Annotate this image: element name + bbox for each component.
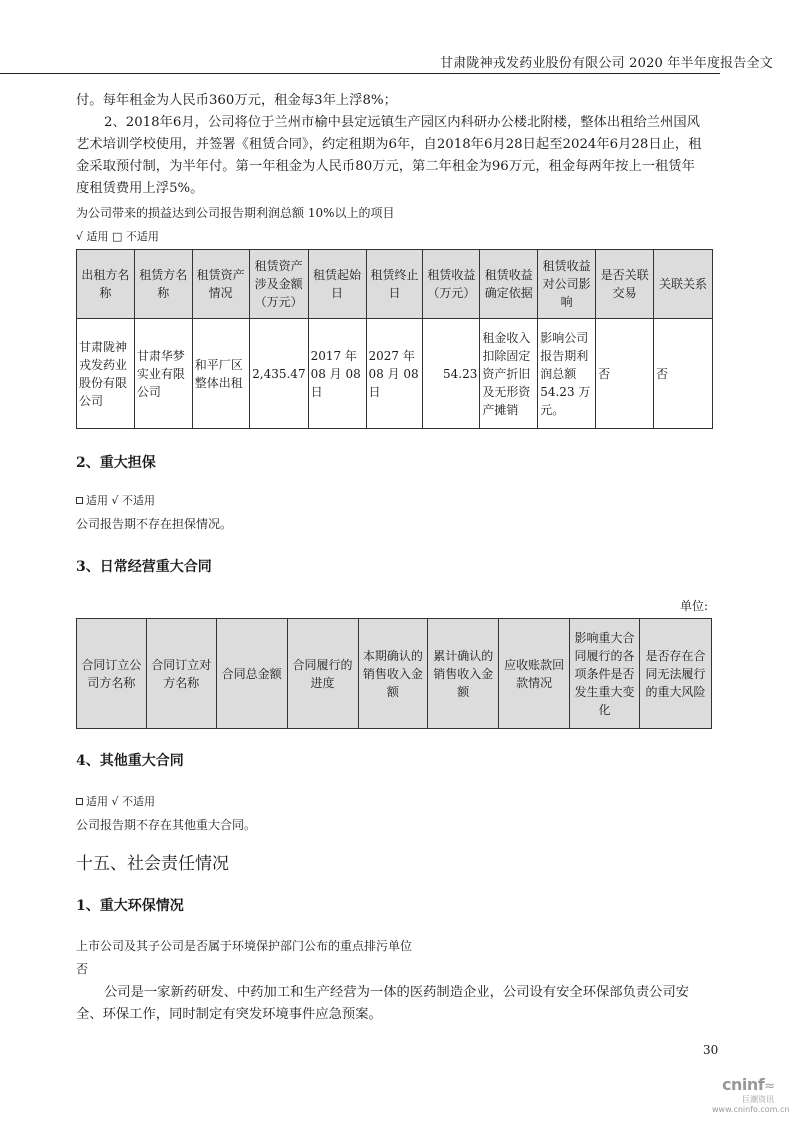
lease-para2-line2: 艺术培训学校使用，并签署《租赁合同》，约定租期为6年，自2018年6月28日起至… bbox=[76, 134, 714, 156]
contract-header-cell: 合同履行的进度 bbox=[287, 619, 358, 729]
unit-label: 单位: bbox=[680, 597, 708, 614]
lease-para2-line4: 度租赁费用上浮5%。 bbox=[76, 178, 714, 200]
start-date: 2017 年 08 月 08 日 bbox=[308, 319, 366, 429]
other-contracts-heading: 4、其他重大合同 bbox=[76, 750, 714, 772]
contract-header-cell: 合同总金额 bbox=[216, 619, 287, 729]
lease-header-cell: 租赁资产涉及金额（万元） bbox=[249, 250, 308, 319]
lease-para2-line1: 2、2018年6月，公司将位于兰州市榆中县定远镇生产园区内科研办公楼北附楼，整体… bbox=[76, 112, 714, 134]
daily-contracts-table: 合同订立公司方名称 合同订立对方名称 合同总金额 合同履行的进度 本期确认的销售… bbox=[76, 618, 712, 729]
lease-header-cell: 出租方名称 bbox=[77, 250, 135, 319]
related-relationship: 否 bbox=[654, 319, 713, 429]
contract-header-cell: 本期确认的销售收入金额 bbox=[358, 619, 428, 729]
environment-subheading: 1、重大环保情况 bbox=[76, 895, 714, 917]
income-basis: 租金收入扣除固定资产折旧及无形资产摊销 bbox=[480, 319, 538, 429]
contract-header-cell: 是否存在合同无法履行的重大风险 bbox=[640, 619, 712, 729]
table-row: 甘肃陇神戎发药业股份有限公司 甘肃华梦实业有限公司 和平厂区整体出租 2,435… bbox=[77, 319, 713, 429]
contract-header-cell: 合同订立对方名称 bbox=[146, 619, 216, 729]
lease-para2-line3: 金采取预付制，为半年付。第一年租金为人民币80万元，第二年租金为96万元，租金每… bbox=[76, 156, 714, 178]
pollutant-unit-question: 上市公司及其子公司是否属于环境保护部门公布的重点排污单位 bbox=[76, 935, 714, 957]
lease-header-cell: 关联关系 bbox=[654, 250, 713, 319]
contract-header-cell: 合同订立公司方名称 bbox=[77, 619, 147, 729]
lease-header-cell: 是否关联交易 bbox=[596, 250, 654, 319]
logo-cn-text: 巨潮资讯 bbox=[742, 1094, 789, 1105]
contract-header-cell: 影响重大合同履行的各项条件是否发生重大变化 bbox=[570, 619, 640, 729]
environment-para-line1: 公司是一家新药研发、中药加工和生产经营为一体的医药制造企业，公司设有安全环保部负… bbox=[76, 982, 714, 1004]
other-contracts-note: 公司报告期不存在其他重大合同。 bbox=[76, 814, 714, 836]
logo-url-text: www.cninfo.com.cn bbox=[712, 1105, 789, 1114]
income-impact: 影响公司报告期利润总额 54.23 万元。 bbox=[538, 319, 596, 429]
items-note: 为公司带来的损益达到公司报告期利润总额 10%以上的项目 bbox=[76, 202, 714, 224]
header-divider bbox=[0, 73, 720, 74]
lease-applicability: √ 适用 □ 不适用 bbox=[76, 226, 714, 248]
other-contracts-applicability: 适用 √ 不适用 bbox=[76, 791, 714, 813]
lease-header-cell: 租赁收益确定依据 bbox=[480, 250, 538, 319]
daily-contracts-heading: 3、日常经营重大合同 bbox=[76, 556, 714, 578]
daily-contracts-header-row: 合同订立公司方名称 合同订立对方名称 合同总金额 合同履行的进度 本期确认的销售… bbox=[77, 619, 712, 729]
asset-amount: 2,435.47 bbox=[249, 319, 308, 429]
leased-asset: 和平厂区整体出租 bbox=[192, 319, 249, 429]
lease-header-cell: 租赁方名称 bbox=[134, 250, 192, 319]
lease-header-cell: 租赁资产情况 bbox=[192, 250, 249, 319]
guarantee-note: 公司报告期不存在担保情况。 bbox=[76, 513, 714, 535]
lease-header-cell: 租赁收益（万元） bbox=[423, 250, 480, 319]
related-transaction: 否 bbox=[596, 319, 654, 429]
lease-income: 54.23 bbox=[423, 319, 480, 429]
lease-header-cell: 租赁终止日 bbox=[366, 250, 423, 319]
report-header-title: 甘肃陇神戎发药业股份有限公司 2020 年半年度报告全文 bbox=[440, 52, 773, 71]
environment-para-line2: 全、环保工作，同时制定有突发环境事件应急预案。 bbox=[76, 1004, 714, 1026]
unchecked-box-icon bbox=[76, 798, 83, 805]
pollutant-unit-answer: 否 bbox=[76, 958, 714, 980]
logo-swirl-icon: ≈ bbox=[764, 1079, 775, 1094]
lessor-name: 甘肃陇神戎发药业股份有限公司 bbox=[77, 319, 135, 429]
lease-table: 出租方名称 租赁方名称 租赁资产情况 租赁资产涉及金额（万元） 租赁起始日 租赁… bbox=[76, 249, 713, 429]
guarantee-applicability: 适用 √ 不适用 bbox=[76, 490, 714, 512]
lessee-name: 甘肃华梦实业有限公司 bbox=[134, 319, 192, 429]
lease-line-1: 付。每年租金为人民币360万元，租金每3年上浮8%； bbox=[76, 90, 714, 112]
lease-table-header-row: 出租方名称 租赁方名称 租赁资产情况 租赁资产涉及金额（万元） 租赁起始日 租赁… bbox=[77, 250, 713, 319]
page-number: 30 bbox=[703, 1043, 718, 1057]
end-date: 2027 年 08 月 08 日 bbox=[366, 319, 423, 429]
logo-text: cninf bbox=[722, 1075, 764, 1094]
contract-header-cell: 累计确认的销售收入金额 bbox=[428, 619, 499, 729]
unchecked-box-icon bbox=[76, 497, 83, 504]
social-responsibility-heading: 十五、社会责任情况 bbox=[76, 853, 714, 875]
lease-header-cell: 租赁起始日 bbox=[308, 250, 366, 319]
contract-header-cell: 应收账款回款情况 bbox=[499, 619, 570, 729]
cninfo-logo: cninf≈ 巨潮资讯 www.cninfo.com.cn bbox=[722, 1075, 789, 1114]
guarantee-heading: 2、重大担保 bbox=[76, 452, 714, 474]
lease-header-cell: 租赁收益对公司影响 bbox=[538, 250, 596, 319]
